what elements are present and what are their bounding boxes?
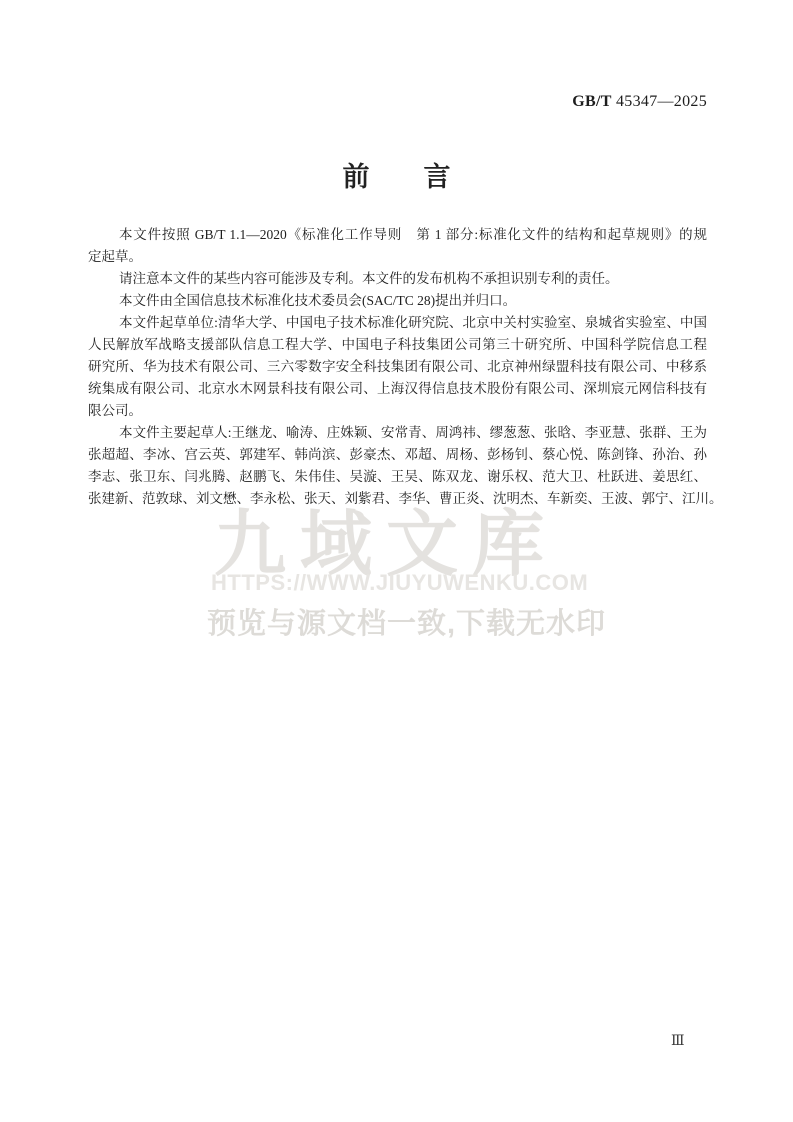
foreword-line: 张建新、范敦球、刘文懋、李永松、张天、刘紫君、李华、曹正炎、沈明杰、车新奕、王波… bbox=[88, 488, 707, 510]
foreword-line: 统集成有限公司、北京水木网景科技有限公司、上海汉得信息技术股份有限公司、深圳宸元… bbox=[88, 378, 707, 400]
paragraph-patent: 请注意本文件的某些内容可能涉及专利。本文件的发布机构不承担识别专利的责任。 bbox=[88, 268, 707, 290]
foreword-line: 李志、张卫东、闫兆腾、赵鹏飞、朱伟佳、吴漩、王吴、陈双龙、谢乐权、范大卫、杜跃进… bbox=[88, 466, 707, 488]
foreword-line: 本文件主要起草人:王继龙、喻涛、庄姝颖、安常青、周鸿祎、缪葱葱、张晗、李亚慧、张… bbox=[88, 422, 707, 444]
foreword-line: 张超超、李冰、宫云英、郭建军、韩尚滨、彭豪杰、邓超、周杨、彭杨钊、蔡心悦、陈剑锋… bbox=[88, 444, 707, 466]
standard-code-prefix: GB/T bbox=[572, 93, 611, 110]
page-number: Ⅲ bbox=[671, 1033, 685, 1050]
foreword-line: 请注意本文件的某些内容可能涉及专利。本文件的发布机构不承担识别专利的责任。 bbox=[88, 268, 707, 290]
foreword-line: 限公司。 bbox=[88, 400, 707, 422]
standard-code: GB/T 45347—2025 bbox=[572, 93, 707, 111]
paragraph-drafting-units: 本文件起草单位:清华大学、中国电子技术标准化研究院、北京中关村实验室、泉城省实验… bbox=[88, 312, 707, 422]
watermark-url: HTTPS://WWW.JIUYUWENKU.COM bbox=[211, 570, 588, 596]
foreword-body: 本文件按照 GB/T 1.1—2020《标准化工作导则 第 1 部分:标准化文件… bbox=[88, 224, 707, 510]
foreword-line: 本文件由全国信息技术标准化技术委员会(SAC/TC 28)提出并归口。 bbox=[88, 290, 707, 312]
foreword-line: 本文件按照 GB/T 1.1—2020《标准化工作导则 第 1 部分:标准化文件… bbox=[88, 224, 707, 246]
watermark-tagline: 预览与源文档一致,下载无水印 bbox=[207, 601, 606, 642]
page-title: 前 言 bbox=[0, 155, 793, 194]
foreword-line: 人民解放军战略支援部队信息工程大学、中国电子科技集团公司第三十研究所、中国科学院… bbox=[88, 334, 707, 356]
paragraph-drafters: 本文件主要起草人:王继龙、喻涛、庄姝颖、安常青、周鸿祎、缪葱葱、张晗、李亚慧、张… bbox=[88, 422, 707, 510]
paragraph-committee: 本文件由全国信息技术标准化技术委员会(SAC/TC 28)提出并归口。 bbox=[88, 290, 707, 312]
foreword-line: 本文件起草单位:清华大学、中国电子技术标准化研究院、北京中关村实验室、泉城省实验… bbox=[88, 312, 707, 334]
document-page: 九域文库 HTTPS://WWW.JIUYUWENKU.COM 预览与源文档一致… bbox=[0, 0, 793, 1122]
paragraph-scope: 本文件按照 GB/T 1.1—2020《标准化工作导则 第 1 部分:标准化文件… bbox=[88, 224, 707, 268]
foreword-line: 定起草。 bbox=[88, 246, 707, 268]
standard-code-number: 45347—2025 bbox=[616, 93, 707, 110]
foreword-line: 研究所、华为技术有限公司、三六零数字安全科技集团有限公司、北京神州绿盟科技有限公… bbox=[88, 356, 707, 378]
